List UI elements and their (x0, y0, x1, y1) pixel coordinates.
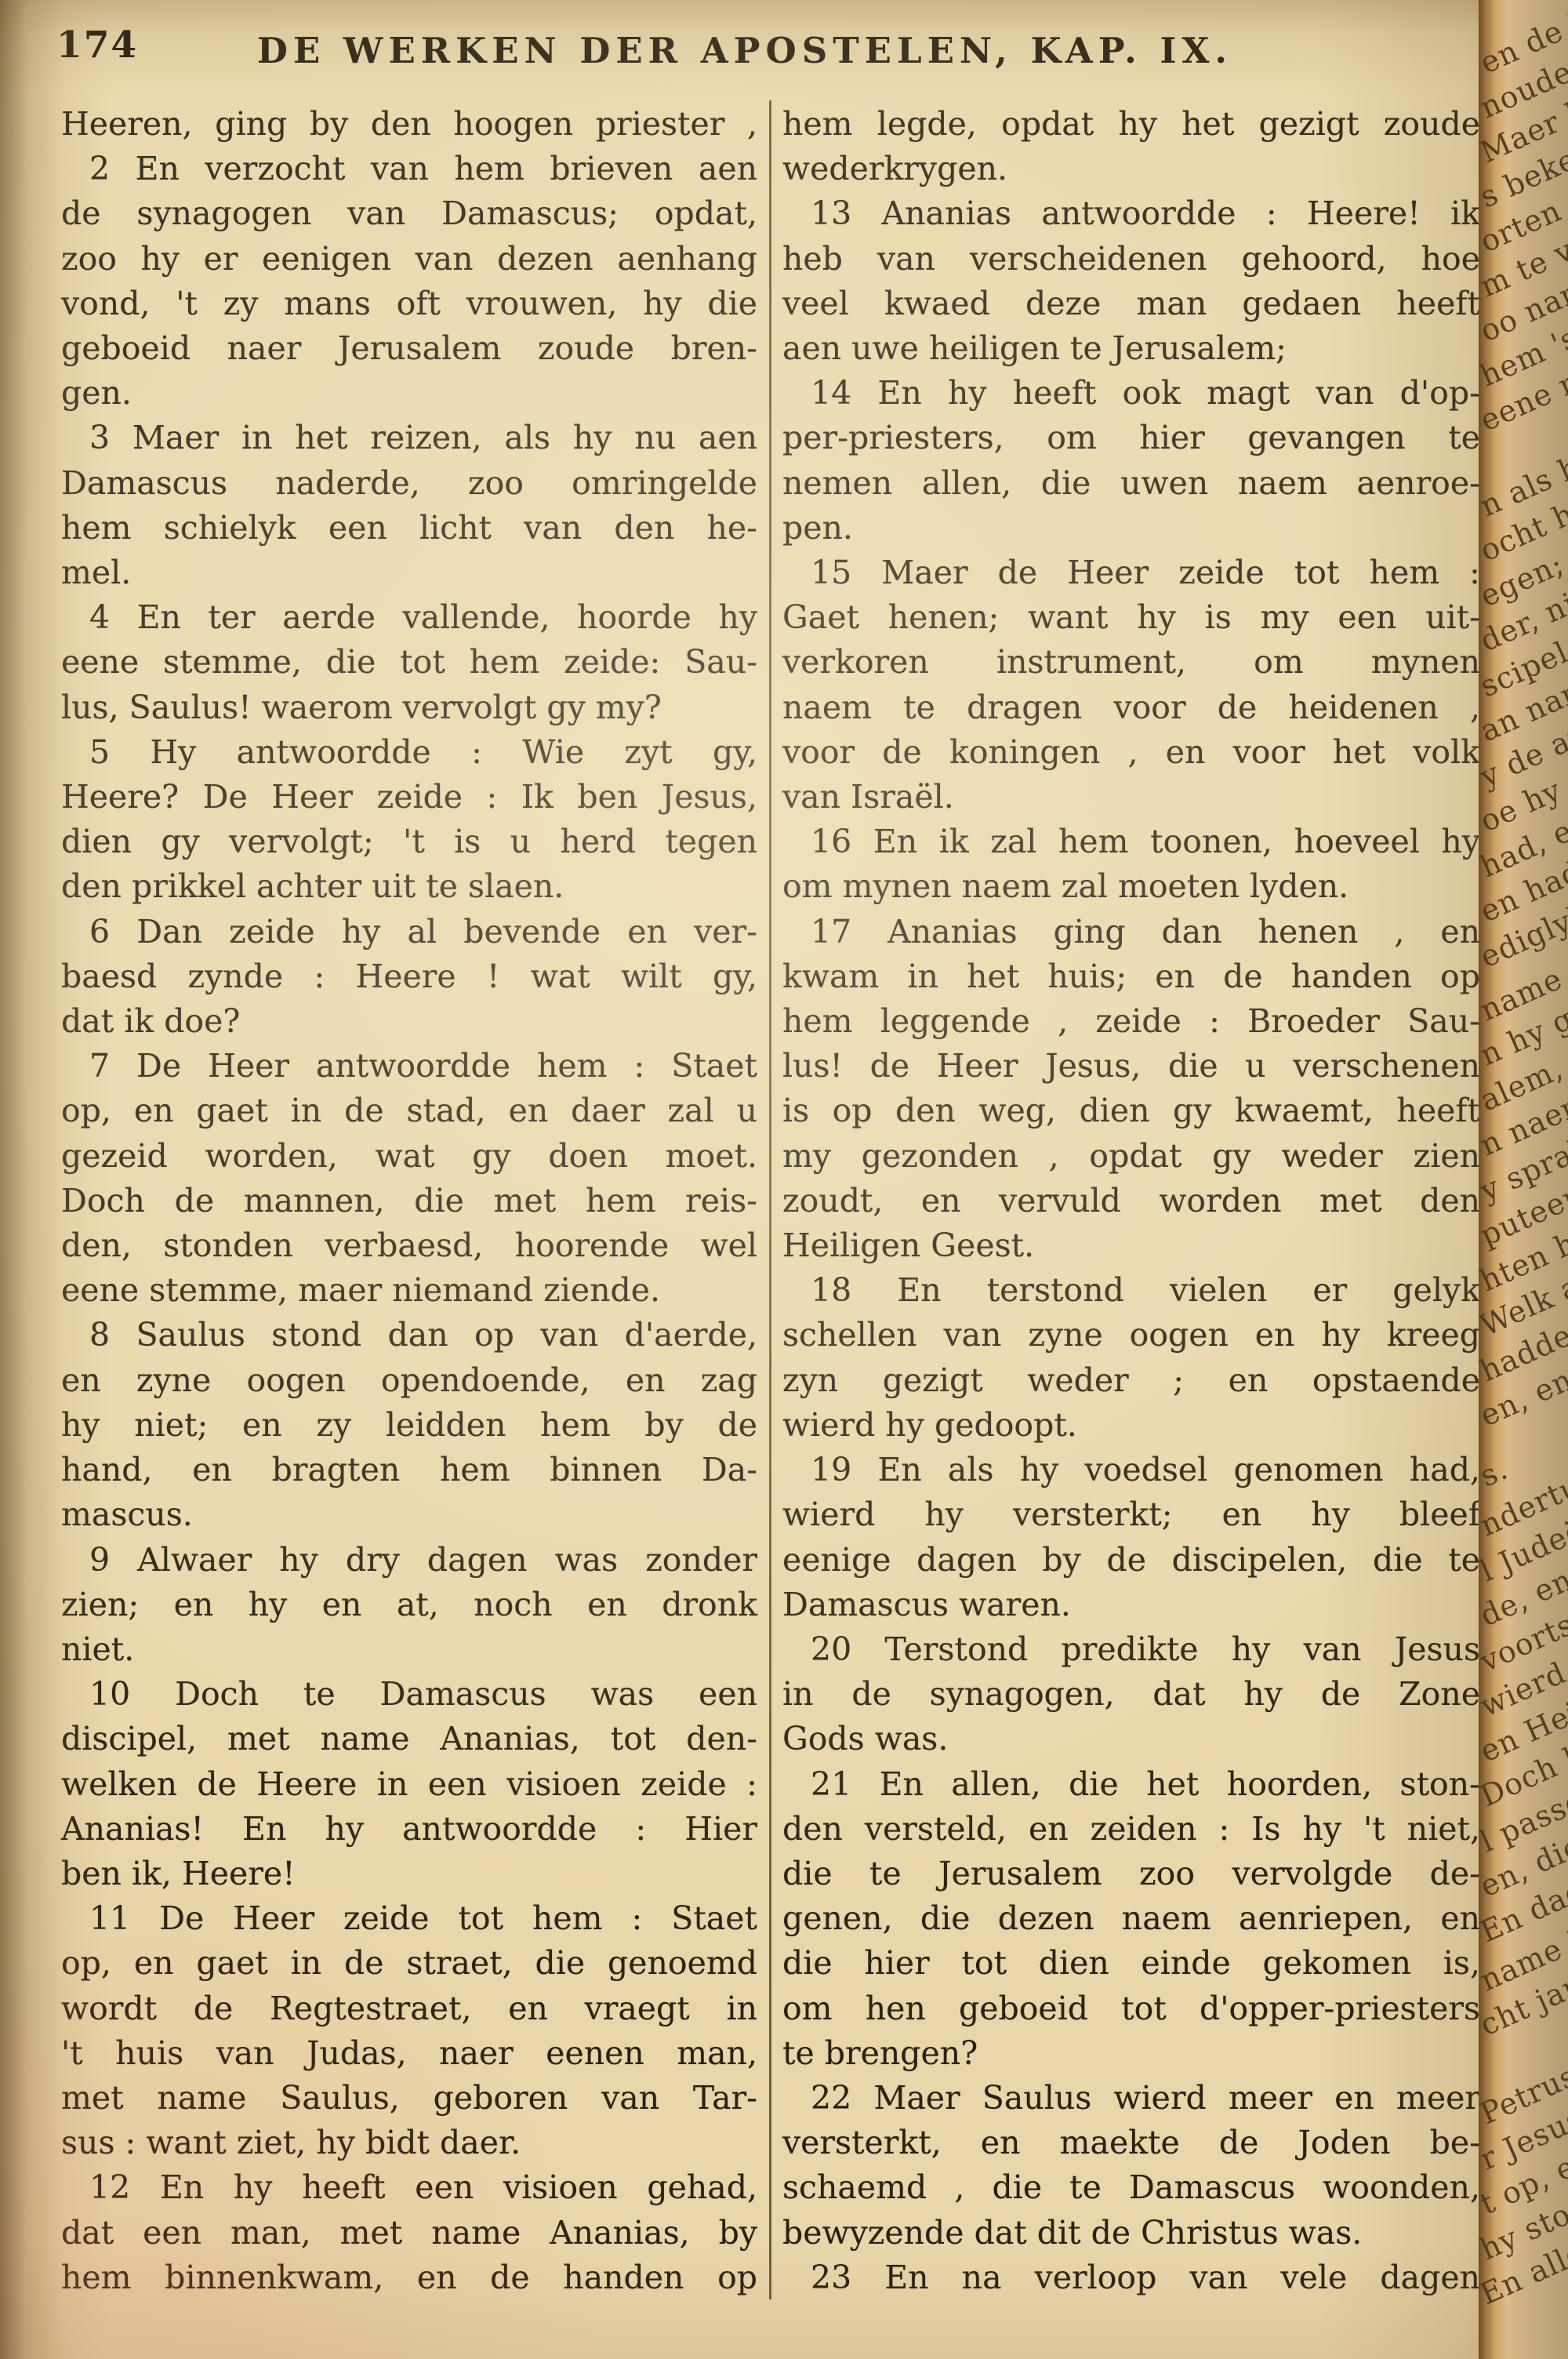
text-line: bewyzende dat dit de Christus was. (782, 2211, 1480, 2255)
text-line: 22 Maer Saulus wierd meer en meer (782, 2076, 1480, 2121)
text-line: de synagogen van Damascus; opdat, (61, 191, 757, 236)
text-line: lus! de Heer Jesus, die u verschenen (782, 1044, 1480, 1089)
text-line: om mynen naem zal moeten lyden. (782, 864, 1480, 909)
text-line: 7 De Heer antwoordde hem : Staet (61, 1044, 757, 1089)
text-line: naem te dragen voor de heidenen , (782, 685, 1480, 730)
text-line: is op den weg, dien gy kwaemt, heeft (782, 1089, 1480, 1133)
text-line: nemen allen, die uwen naem aenroe- (782, 461, 1480, 506)
text-line: dat een man, met name Ananias, by (61, 2211, 757, 2255)
text-line: veel kwaed deze man gedaen heeft (782, 282, 1480, 326)
text-line: Ananias! En hy antwoordde : Hier (61, 1807, 757, 1852)
text-line: hem schielyk een licht van den he- (61, 506, 757, 551)
text-line: pen. (782, 506, 1480, 551)
text-line: met name Saulus, geboren van Tar- (61, 2076, 757, 2121)
text-line: en zyne oogen opendoende, en zag (61, 1358, 757, 1403)
text-line: hem leggende , zeide : Broeder Sau- (782, 999, 1480, 1044)
text-line: 3 Maer in het reizen, als hy nu aen (61, 416, 757, 460)
text-line: 't huis van Judas, naer eenen man, (61, 2031, 757, 2076)
text-line: 5 Hy antwoordde : Wie zyt gy, (61, 730, 757, 775)
text-line: 14 En hy heeft ook magt van d'op- (782, 371, 1480, 416)
right-column: hem legde, opdat hy het gezigt zoudewede… (782, 102, 1480, 2300)
text-line: 21 En allen, die het hoorden, ston- (782, 1762, 1480, 1807)
text-line: Heiligen Geest. (782, 1223, 1480, 1268)
text-line: 8 Saulus stond dan op van d'aerde, (61, 1313, 757, 1358)
text-line: Gaet henen; want hy is my een uit- (782, 595, 1480, 640)
text-line: die hier tot dien einde gekomen is, (782, 1941, 1480, 1986)
text-line: sus : want ziet, hy bidt daer. (61, 2121, 757, 2165)
text-line: eenige dagen by de discipelen, die te (782, 1538, 1480, 1583)
column-divider (769, 100, 771, 2299)
text-line: 9 Alwaer hy dry dagen was zonder (61, 1538, 757, 1583)
text-line: om hen geboeid tot d'opper-priesters (782, 1986, 1480, 2031)
text-line: 2 En verzocht van hem brieven aen (61, 147, 757, 191)
text-line: vond, 't zy mans oft vrouwen, hy die (61, 282, 757, 326)
text-line: heb van verscheidenen gehoord, hoe (782, 237, 1480, 282)
text-line: die te Jerusalem zoo vervolgde de- (782, 1852, 1480, 1896)
text-line: 23 En na verloop van vele dagen (782, 2255, 1480, 2300)
text-line: gezeid worden, wat gy doen moet. (61, 1134, 757, 1179)
text-line: niet. (61, 1627, 757, 1672)
text-line: per-priesters, om hier gevangen te (782, 416, 1480, 460)
text-line: hem legde, opdat hy het gezigt zoude (782, 102, 1480, 147)
text-line: te brengen? (782, 2031, 1480, 2076)
text-line: 4 En ter aerde vallende, hoorde hy (61, 595, 757, 640)
text-line: in de synagogen, dat hy de Zone (782, 1672, 1480, 1717)
text-line: ben ik, Heere! (61, 1852, 757, 1896)
text-line: den versteld, en zeiden : Is hy 't niet, (782, 1807, 1480, 1852)
text-line: welken de Heere in een visioen zeide : (61, 1762, 757, 1807)
text-line: zyn gezigt weder ; en opstaende (782, 1358, 1480, 1403)
text-line: den, stonden verbaesd, hoorende wel (61, 1223, 757, 1268)
text-line: Damascus waren. (782, 1583, 1480, 1627)
text-line: 19 En als hy voedsel genomen had, (782, 1448, 1480, 1492)
text-line: dien gy vervolgt; 't is u herd tegen (61, 820, 757, 864)
text-line: zoudt, en vervuld worden met den (782, 1179, 1480, 1223)
text-line: discipel, met name Ananias, tot den- (61, 1717, 757, 1761)
text-line: wordt de Regtestraet, en vraegt in (61, 1986, 757, 2031)
text-line: Doch de mannen, die met hem reis- (61, 1179, 757, 1223)
text-line: 15 Maer de Heer zeide tot hem : (782, 551, 1480, 595)
text-line: Gods was. (782, 1717, 1480, 1761)
text-line: gen. (61, 371, 757, 416)
text-line: 20 Terstond predikte hy van Jesus (782, 1627, 1480, 1672)
text-line: schellen van zyne oogen en hy kreeg (782, 1313, 1480, 1358)
text-line: 11 De Heer zeide tot hem : Staet (61, 1896, 757, 1941)
text-line: aen uwe heiligen te Jerusalem; (782, 326, 1480, 371)
text-line: wierd hy versterkt; en hy bleef (782, 1492, 1480, 1537)
text-line: versterkt, en maekte de Joden be- (782, 2121, 1480, 2165)
text-line: wederkrygen. (782, 147, 1480, 191)
text-line: zoo hy er eenigen van dezen aenhang (61, 237, 757, 282)
text-line: verkoren instrument, om mynen (782, 640, 1480, 685)
text-line: geboeid naer Jerusalem zoude bren- (61, 326, 757, 371)
text-line: eene stemme, die tot hem zeide: Sau- (61, 640, 757, 685)
text-line: 13 Ananias antwoordde : Heere! ik (782, 191, 1480, 236)
text-line: 17 Ananias ging dan henen , en (782, 910, 1480, 954)
page-number: 174 (56, 24, 138, 67)
text-line: 10 Doch te Damascus was een (61, 1672, 757, 1717)
page-header: DE WERKEN DER APOSTELEN, KAP. IX. (149, 30, 1341, 71)
text-line: op, en gaet in de straet, die genoemd (61, 1941, 757, 1986)
text-line: baesd zynde : Heere ! wat wilt gy, (61, 954, 757, 999)
text-line: genen, die dezen naem aenriepen, en (782, 1896, 1480, 1941)
text-line: mascus. (61, 1492, 757, 1537)
text-line: den prikkel achter uit te slaen. (61, 864, 757, 909)
edge-text-fragment: s. (1479, 1452, 1513, 1494)
facing-page-edge: en de JnoudenMaer huns bekenorten dam te… (1479, 0, 1568, 2359)
text-line: voor de koningen , en voor het volk (782, 730, 1480, 775)
text-line: kwam in het huis; en de handen op (782, 954, 1480, 999)
text-line: op, en gaet in de stad, en daer zal u (61, 1089, 757, 1133)
text-line: hy niet; en zy leidden hem by de (61, 1403, 757, 1448)
text-line: eene stemme, maer niemand ziende. (61, 1268, 757, 1313)
text-line: Heeren, ging by den hoogen priester , (61, 102, 757, 147)
text-line: zien; en hy en at, noch en dronk (61, 1583, 757, 1627)
left-column: Heeren, ging by den hoogen priester ,2 E… (61, 102, 757, 2300)
text-line: hand, en bragten hem binnen Da- (61, 1448, 757, 1492)
text-line: Heere? De Heer zeide : Ik ben Jesus, (61, 775, 757, 820)
text-line: van Israël. (782, 775, 1480, 820)
text-line: hem binnenkwam, en de handen op (61, 2255, 757, 2300)
text-line: wierd hy gedoopt. (782, 1403, 1480, 1448)
text-line: Damascus naderde, zoo omringelde (61, 461, 757, 506)
text-line: lus, Saulus! waerom vervolgt gy my? (61, 685, 757, 730)
text-line: 6 Dan zeide hy al bevende en ver- (61, 910, 757, 954)
text-line: 18 En terstond vielen er gelyk (782, 1268, 1480, 1313)
text-line: schaemd , die te Damascus woonden, (782, 2165, 1480, 2210)
text-line: mel. (61, 551, 757, 595)
text-line: 12 En hy heeft een visioen gehad, (61, 2165, 757, 2210)
text-line: dat ik doe? (61, 999, 757, 1044)
text-line: my gezonden , opdat gy weder zien (782, 1134, 1480, 1179)
text-line: 16 En ik zal hem toonen, hoeveel hy (782, 820, 1480, 864)
